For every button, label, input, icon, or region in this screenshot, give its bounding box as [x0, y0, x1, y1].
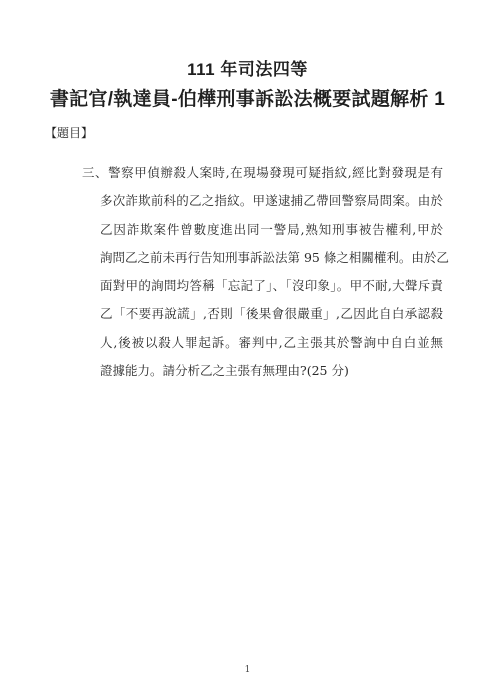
question-line: 詢問乙之前未再行告知刑事訴訟法第 95 條之相關權利。由於乙 — [82, 244, 443, 272]
document-title-subject: 書記官/執達員-伯樺刑事訴訟法概要試題解析 1 — [0, 86, 495, 114]
question-line: 人,後被以殺人罪起訴。審判中,乙主張其於警詢中自白並無 — [82, 329, 443, 357]
question-line: 乙「不要再說謊」,否則「後果會很嚴重」,乙因此自白承認殺 — [82, 300, 443, 328]
page-number: 1 — [0, 663, 495, 677]
question-line: 多次詐欺前科的乙之指紋。甲遂逮捕乙帶回警察局問案。由於 — [82, 187, 443, 215]
question-three-block: 三、警察甲偵辦殺人案時,在現場發現可疑指紋,經比對發現是有 多次詐欺前科的乙之指… — [82, 159, 443, 385]
section-label-question: 【題目】 — [45, 125, 93, 141]
question-line: 證據能力。請分析乙之主張有無理由?(25 分) — [82, 357, 443, 385]
document-title-year: 111 年司法四等 — [0, 58, 495, 82]
document-page: 111 年司法四等 書記官/執達員-伯樺刑事訴訟法概要試題解析 1 【題目】 三… — [0, 0, 495, 700]
question-line: 乙因詐欺案件曾數度進出同一警局,熟知刑事被告權利,甲於 — [82, 216, 443, 244]
question-line: 面對甲的詢問均答稱「忘記了」、「沒印象」。甲不耐,大聲斥責 — [82, 272, 443, 300]
question-line: 三、警察甲偵辦殺人案時,在現場發現可疑指紋,經比對發現是有 — [82, 159, 443, 187]
